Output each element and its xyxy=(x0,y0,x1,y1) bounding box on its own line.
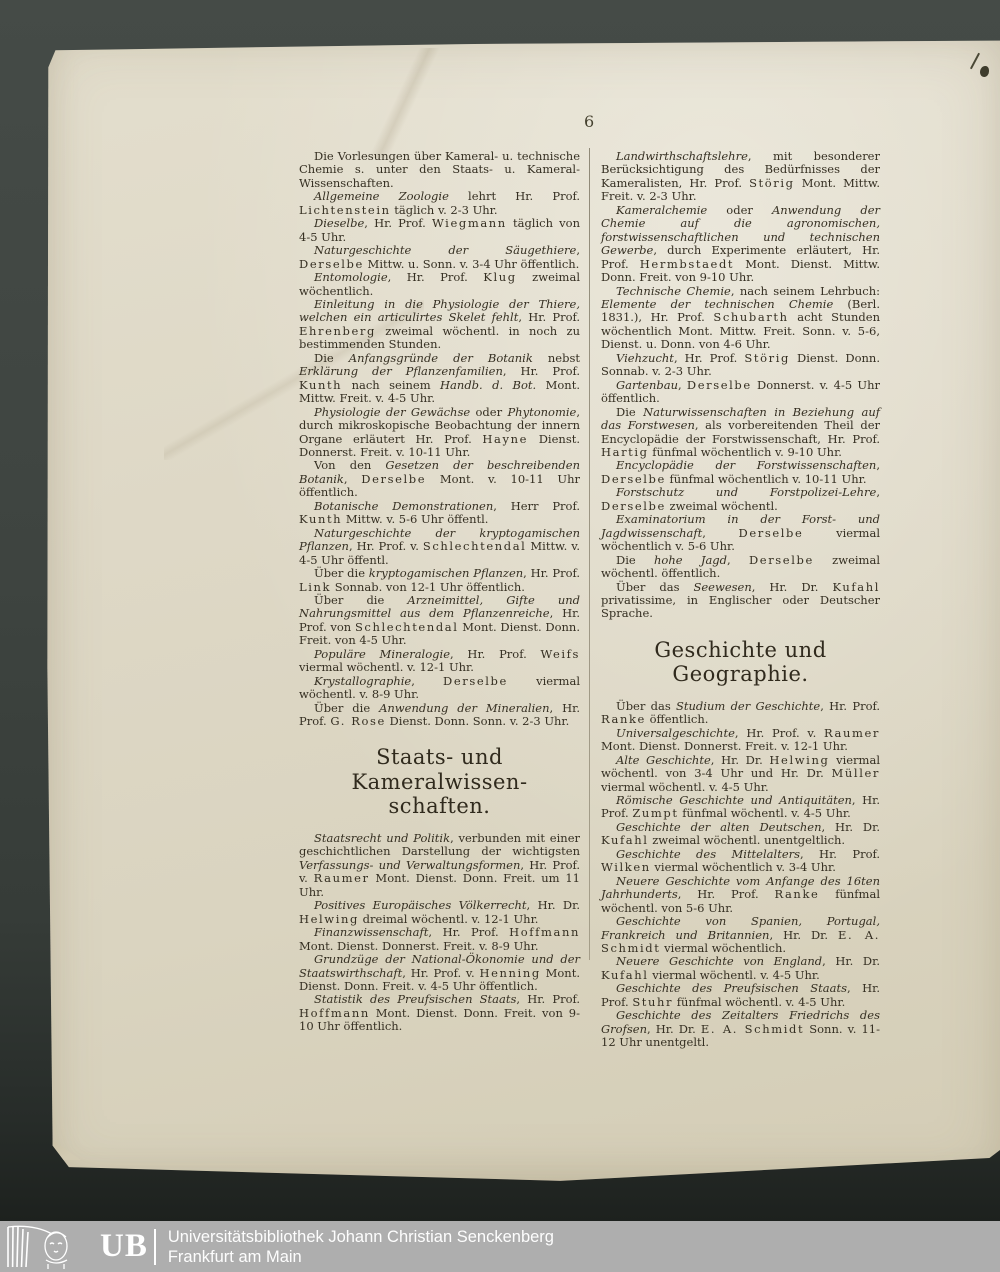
logo-divider xyxy=(154,1229,156,1265)
paragraph: Landwirthschaftslehre, mit besonderer Be… xyxy=(601,150,880,204)
paragraph: Über die Arzneimittel, Gifte und Nahrung… xyxy=(299,594,580,648)
paragraph: Dieselbe, Hr. Prof. Wiegmann täglich von… xyxy=(299,217,580,244)
paragraph: Neuere Geschichte vom Anfange des 16ten … xyxy=(601,875,880,915)
page-number: 6 xyxy=(584,112,594,131)
paragraph: Forstschutz und Forstpolizei-Lehre, Ders… xyxy=(601,486,880,513)
paragraph: Geschichte des Zeitalters Friedrichs des… xyxy=(601,1009,880,1049)
paragraph: Examinatorium in der Forst- und Jagdwiss… xyxy=(601,513,880,553)
column-left: Die Vorlesungen über Kameral- u. technis… xyxy=(299,150,580,1034)
paragraph: Über die kryptogamischen Pflanzen, Hr. P… xyxy=(299,567,580,594)
paragraph: Grundzüge der National-Ökonomie und der … xyxy=(299,953,580,993)
paragraph: Die Anfangsgründe der Botanik nebst Erkl… xyxy=(299,352,580,406)
paragraph: Neuere Geschichte von England, Hr. Dr. K… xyxy=(601,955,880,982)
ub-logo: UB xyxy=(0,1221,168,1272)
paragraph: Encyclopädie der Forstwissenschaften, De… xyxy=(601,459,880,486)
paragraph: Staatsrecht und Politik, verbunden mit e… xyxy=(299,832,580,899)
paragraph: Über das Seewesen, Hr. Dr. Kufahl privat… xyxy=(601,581,880,621)
paragraph: Universalgeschichte, Hr. Prof. v. Raumer… xyxy=(601,727,880,754)
paragraph: Statistik des Preufsischen Staats, Hr. P… xyxy=(299,993,580,1033)
scan-viewer: 6 Die Vorlesungen über Kameral- u. techn… xyxy=(0,0,1000,1272)
paragraph: Einleitung in die Physiologie der Thiere… xyxy=(299,298,580,352)
paragraph: Geschichte des Mittelalters, Hr. Prof. W… xyxy=(601,848,880,875)
paragraph: Die hohe Jagd, Derselbe zweimal wöchentl… xyxy=(601,554,880,581)
paragraph: Die Naturwissenschaften in Beziehung auf… xyxy=(601,406,880,460)
column-divider-rule xyxy=(589,148,590,960)
paragraph: Geschichte des Preufsischen Staats, Hr. … xyxy=(601,982,880,1009)
paragraph: Viehzucht, Hr. Prof. Störig Dienst. Donn… xyxy=(601,352,880,379)
paragraph: Gartenbau, Derselbe Donnerst. v. 4-5 Uhr… xyxy=(601,379,880,406)
library-footer-bar: UB Universitätsbibliothek Johann Christi… xyxy=(0,1221,1000,1272)
paragraph: Positives Europäisches Völkerrecht, Hr. … xyxy=(299,899,580,926)
paragraph: Krystallographie, Derselbe viermal wöche… xyxy=(299,675,580,702)
column-right: Landwirthschaftslehre, mit besonderer Be… xyxy=(601,150,880,1050)
paragraph: Botanische Demonstrationen, Herr Prof. K… xyxy=(299,500,580,527)
paragraph: Von den Gesetzen der beschreibenden Bota… xyxy=(299,459,580,499)
paragraph: Geschichte der alten Deutschen, Hr. Dr. … xyxy=(601,821,880,848)
paragraph: Geschichte von Spanien, Portugal, Frankr… xyxy=(601,915,880,955)
paragraph: Naturgeschichte der Säugethiere, Derselb… xyxy=(299,244,580,271)
paragraph: Alte Geschichte, Hr. Dr. Helwing viermal… xyxy=(601,754,880,794)
paragraph: Über die Anwendung der Mineralien, Hr. P… xyxy=(299,702,580,729)
paragraph: Naturgeschichte der kryptogamischen Pfla… xyxy=(299,527,580,567)
library-name-line2: Frankfurt am Main xyxy=(168,1247,554,1267)
paragraph: Entomologie, Hr. Prof. Klug zweimal wöch… xyxy=(299,271,580,298)
library-name: Universitätsbibliothek Johann Christian … xyxy=(168,1227,554,1267)
library-name-line1: Universitätsbibliothek Johann Christian … xyxy=(168,1227,554,1247)
paragraph: Allgemeine Zoologie lehrt Hr. Prof. Lich… xyxy=(299,190,580,217)
paragraph: Finanzwissenschaft, Hr. Prof. Hoffmann M… xyxy=(299,926,580,953)
paragraph: Über das Studium der Geschichte, Hr. Pro… xyxy=(601,700,880,727)
paragraph: Physiologie der Gewächse oder Phytonomie… xyxy=(299,406,580,460)
section-heading: Staats- und Kameralwissen-schaften. xyxy=(299,745,580,819)
paragraph: Die Vorlesungen über Kameral- u. technis… xyxy=(299,150,580,190)
paragraph: Römische Geschichte und Antiquitäten, Hr… xyxy=(601,794,880,821)
paragraph: Populäre Mineralogie, Hr. Prof. Weifs vi… xyxy=(299,648,580,675)
document-page: 6 Die Vorlesungen über Kameral- u. techn… xyxy=(44,40,1000,1182)
paper-crease xyxy=(254,48,554,158)
ink-blot xyxy=(970,53,980,70)
ub-logo-text: UB xyxy=(100,1228,148,1265)
ink-blot xyxy=(980,66,989,77)
paragraph: Technische Chemie, nach seinem Lehrbuch:… xyxy=(601,285,880,352)
library-logo-icon xyxy=(4,1224,100,1270)
paragraph: Kameralchemie oder Anwendung der Chemie … xyxy=(601,204,880,285)
section-heading: Geschichte und Geographie. xyxy=(601,638,880,687)
